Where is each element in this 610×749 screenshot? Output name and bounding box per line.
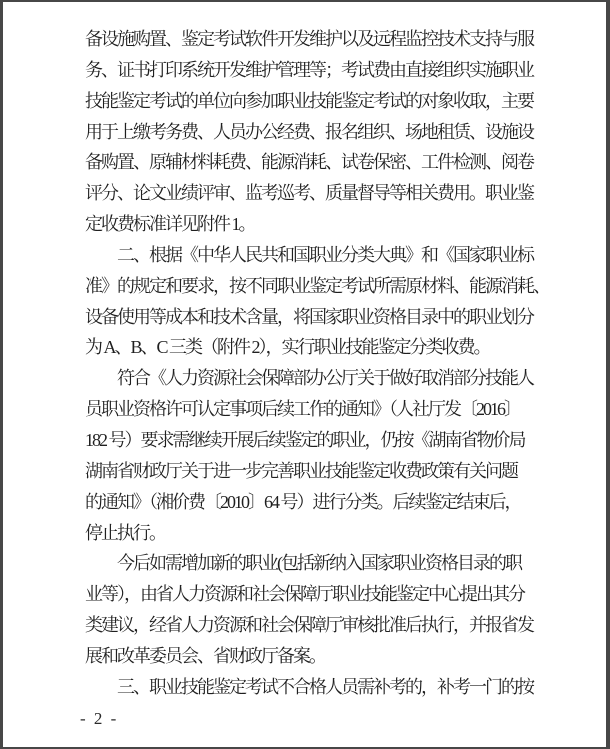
- document-page: 备设施购置、鉴定考试软件开发维护以及远程监控技术支持与服务、证书打印系统开发维护…: [0, 0, 610, 749]
- text-line-2: 务、证书打印系统开发维护管理等；考试费由直接组织实施职业: [85, 55, 545, 86]
- text-line-4: 用于上缴考务费、人员办公经费、报名组织、场地租赁、设施设: [85, 117, 545, 148]
- text-line-22: 三、职业技能鉴定考试不合格人员需补考的，补考一门的按: [85, 672, 545, 703]
- text-line-16: 的通知》（湘价费〔2010〕64 号）进行分类。后续鉴定结束后，: [85, 487, 545, 518]
- text-line-1: 备设施购置、鉴定考试软件开发维护以及远程监控技术支持与服: [85, 24, 545, 55]
- text-line-17: 停止执行。: [85, 518, 545, 549]
- text-line-9: 准》的规定和要求，按不同职业鉴定考试所需原材料、能源消耗、: [85, 271, 545, 302]
- text-line-3: 技能鉴定考试的单位向参加职业技能鉴定考试的对象收取，主要: [85, 86, 545, 117]
- text-line-15: 湖南省财政厅关于进一步完善职业技能鉴定收费政策有关问题: [85, 456, 545, 487]
- page-border-right: [606, 0, 610, 749]
- text-line-11: 为 A、B、C 三类（附件 2），实行职业技能鉴定分类收费。: [85, 332, 545, 363]
- text-line-13: 员职业资格许可认定事项后续工作的通知》（人社厅发〔2016〕: [85, 394, 545, 425]
- text-line-7: 定收费标准详见附件 1。: [85, 209, 545, 240]
- text-line-21: 展和改革委员会、省财政厅备案。: [85, 641, 545, 672]
- document-body: 备设施购置、鉴定考试软件开发维护以及远程监控技术支持与服务、证书打印系统开发维护…: [85, 24, 545, 703]
- text-line-8: 二、根据《中华人民共和国职业分类大典》和《国家职业标: [85, 240, 545, 271]
- text-line-19: 业等），由省人力资源和社会保障厅职业技能鉴定中心提出其分: [85, 579, 545, 610]
- text-line-10: 设备使用等成本和技术含量，将国家职业资格目录中的职业划分: [85, 302, 545, 333]
- text-line-5: 备购置、原辅材料耗费、能源消耗、试卷保密、工件检测、阅卷: [85, 147, 545, 178]
- text-line-6: 评分、论文业绩评审、监考巡考、质量督导等相关费用。职业鉴: [85, 178, 545, 209]
- text-line-18: 今后如需增加新的职业(包括新纳入国家职业资格目录的职: [85, 548, 545, 579]
- text-line-14: 182 号）要求需继续开展后续鉴定的职业，仍按《湖南省物价局: [85, 425, 545, 456]
- page-number: - 2 -: [80, 709, 118, 729]
- text-line-20: 类建议，经省人力资源和社会保障厅审核批准后执行，并报省发: [85, 610, 545, 641]
- page-border-left: [0, 0, 3, 749]
- page-border-top: [0, 0, 610, 2]
- text-line-12: 符合《人力资源社会保障部办公厅关于做好取消部分技能人: [85, 363, 545, 394]
